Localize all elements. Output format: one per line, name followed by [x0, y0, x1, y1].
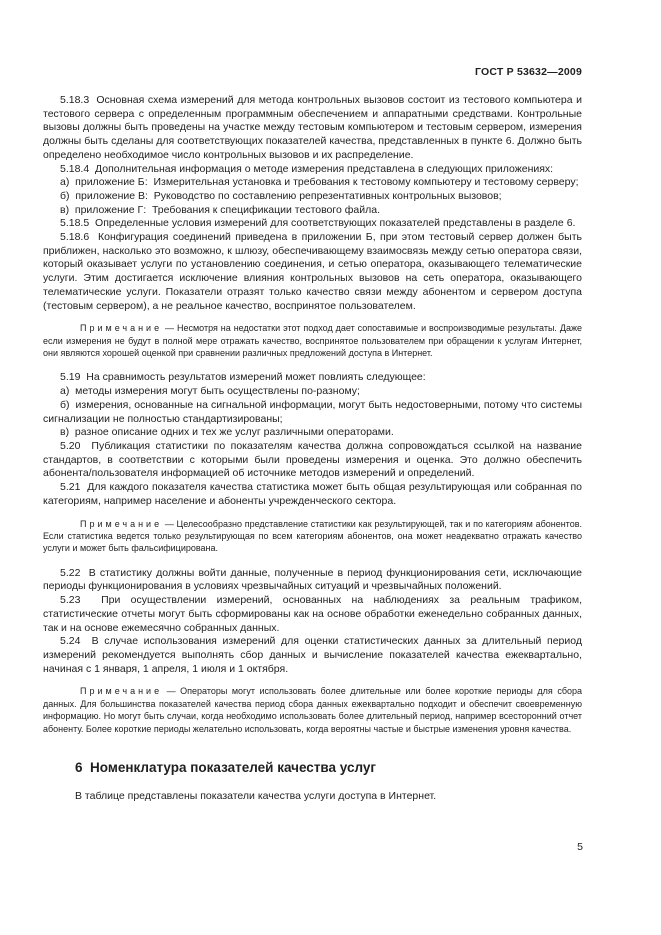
paragraph-5-22: 5.22 В статистику должны войти данные, п… — [43, 567, 582, 594]
note-block-3: Примечание — Операторы могут использоват… — [43, 685, 582, 735]
paragraph-5-20: 5.20 Публикация статистики по показателя… — [43, 440, 582, 481]
list-item-5-19-b: б) измерения, основанные на сигнальной и… — [43, 399, 582, 426]
list-item-5-19-v: в) разное описание одних и тех же услуг … — [43, 426, 582, 440]
document-page: ГОСТ Р 53632—2009 5.18.3 Основная схема … — [0, 0, 661, 935]
paragraph-5-18-5: 5.18.5 Определенные условия измерений дл… — [43, 217, 582, 231]
document-header-title: ГОСТ Р 53632—2009 — [43, 66, 582, 78]
paragraph-section-6-intro: В таблице представлены показатели качест… — [43, 790, 582, 804]
paragraph-5-19: 5.19 На сравнимость результатов измерени… — [43, 371, 582, 385]
list-item-5-18-4-b: б) приложение В: Руководство по составле… — [43, 190, 582, 204]
paragraph-5-18-4: 5.18.4 Дополнительная информация о метод… — [43, 163, 582, 177]
paragraph-5-21: 5.21 Для каждого показателя качества ста… — [43, 481, 582, 508]
page-number: 5 — [577, 841, 583, 853]
note-label: Примечание — [80, 686, 162, 696]
note-label: Примечание — [80, 323, 162, 333]
paragraph-5-23: 5.23 При осуществлении измерений, основа… — [43, 594, 582, 635]
list-item-5-19-a: а) методы измерения могут быть осуществл… — [43, 385, 582, 399]
list-item-5-18-4-a: а) приложение Б: Измерительная установка… — [43, 176, 582, 190]
section-6-heading: 6 Номенклатура показателей качества услу… — [43, 760, 582, 776]
paragraph-5-24: 5.24 В случае использования измерений дл… — [43, 635, 582, 676]
paragraph-5-18-3: 5.18.3 Основная схема измерений для мето… — [43, 94, 582, 163]
paragraph-5-18-6: 5.18.6 Конфигурация соединений приведена… — [43, 231, 582, 313]
note-block-2: Примечание — Целесообразно представление… — [43, 518, 582, 555]
note-label: Примечание — [80, 519, 162, 529]
note-block-1: Примечание — Несмотря на недостатки этот… — [43, 322, 582, 359]
list-item-5-18-4-v: в) приложение Г: Требования к спецификац… — [43, 204, 582, 218]
